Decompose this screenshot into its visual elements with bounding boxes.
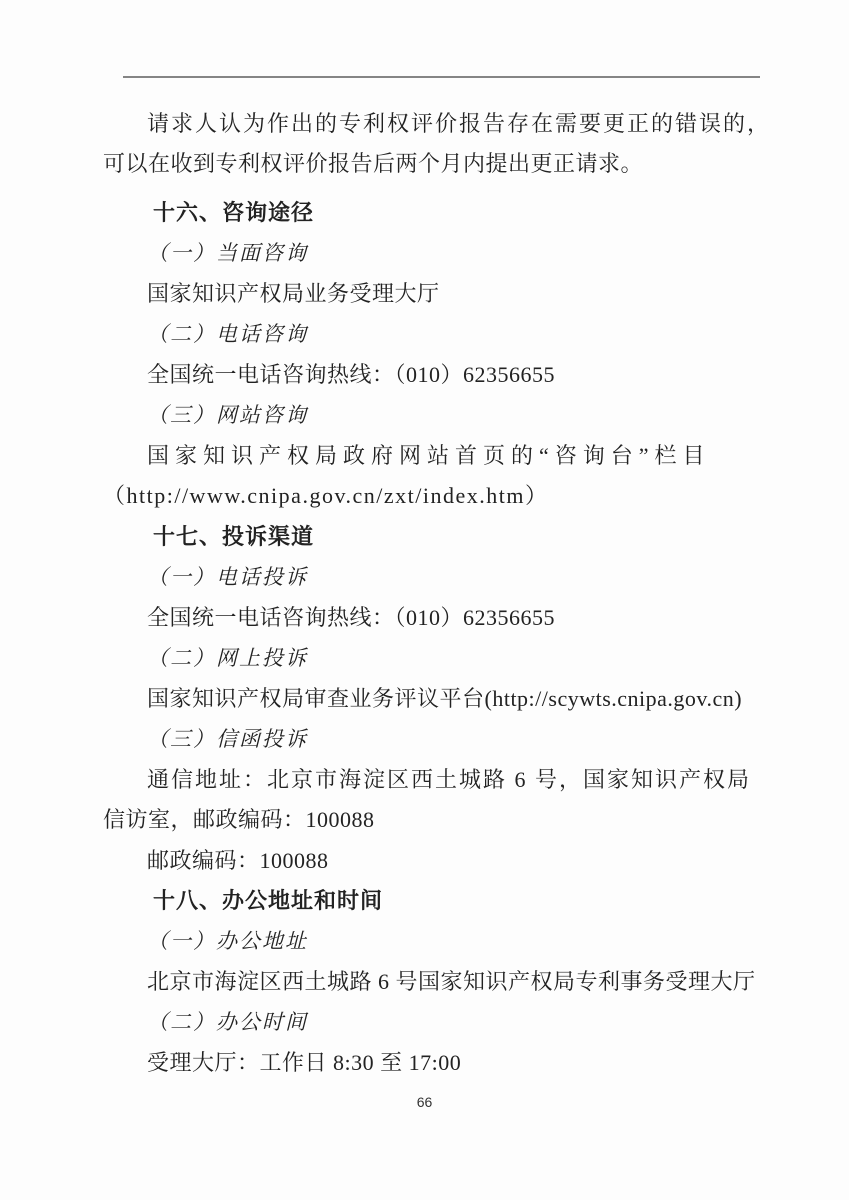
document-content: 请求人认为作出的专利权评价报告存在需要更正的错误的， 可以在收到专利权评价报告后…: [103, 102, 793, 1082]
item-label-18-1: （一）办公地址: [103, 920, 793, 961]
intro-paragraph-line-1: 请求人认为作出的专利权评价报告存在需要更正的错误的，: [103, 102, 793, 143]
content-line-17-1: 全国统一电话咨询热线：（010）62356655: [103, 596, 793, 637]
content-line-18-1: 北京市海淀区西土城路 6 号国家知识产权局专利事务受理大厅: [103, 961, 793, 1002]
item-label-17-2: （二）网上投诉: [103, 637, 793, 678]
document-page: 请求人认为作出的专利权评价报告存在需要更正的错误的， 可以在收到专利权评价报告后…: [0, 0, 849, 1200]
content-line-16-3a: 国家知识产权局政府网站首页的“咨询台”栏目: [103, 434, 793, 475]
item-label-16-3: （三）网站咨询: [103, 394, 793, 435]
section-heading-18: 十八、办公地址和时间: [103, 880, 793, 921]
content-line-17-3a: 通信地址：北京市海淀区西土城路 6 号，国家知识产权局: [103, 758, 793, 799]
content-line-17-2-url: 国家知识产权局审查业务评议平台(http://scywts.cnipa.gov.…: [103, 677, 793, 718]
item-label-17-3: （三）信函投诉: [103, 718, 793, 759]
content-line-16-2: 全国统一电话咨询热线：（010）62356655: [103, 353, 793, 394]
page-number: 66: [0, 1094, 849, 1110]
item-label-17-1: （一）电话投诉: [103, 556, 793, 597]
header-rule: [123, 76, 760, 78]
content-line-17-3c: 邮政编码：100088: [103, 839, 793, 880]
item-label-16-1: （一）当面咨询: [103, 232, 793, 273]
intro-paragraph-line-2: 可以在收到专利权评价报告后两个月内提出更正请求。: [103, 143, 793, 184]
item-label-18-2: （二）办公时间: [103, 1001, 793, 1042]
content-line-16-1: 国家知识产权局业务受理大厅: [103, 272, 793, 313]
content-line-18-2: 受理大厅：工作日 8:30 至 17:00: [103, 1042, 793, 1083]
section-heading-17: 十七、投诉渠道: [103, 515, 793, 556]
content-line-17-3b: 信访室，邮政编码：100088: [103, 799, 793, 840]
item-label-16-2: （二）电话咨询: [103, 313, 793, 354]
content-line-16-3b-url: （http://www.cnipa.gov.cn/zxt/index.htm）: [103, 475, 793, 516]
section-heading-16: 十六、咨询途径: [103, 191, 793, 232]
